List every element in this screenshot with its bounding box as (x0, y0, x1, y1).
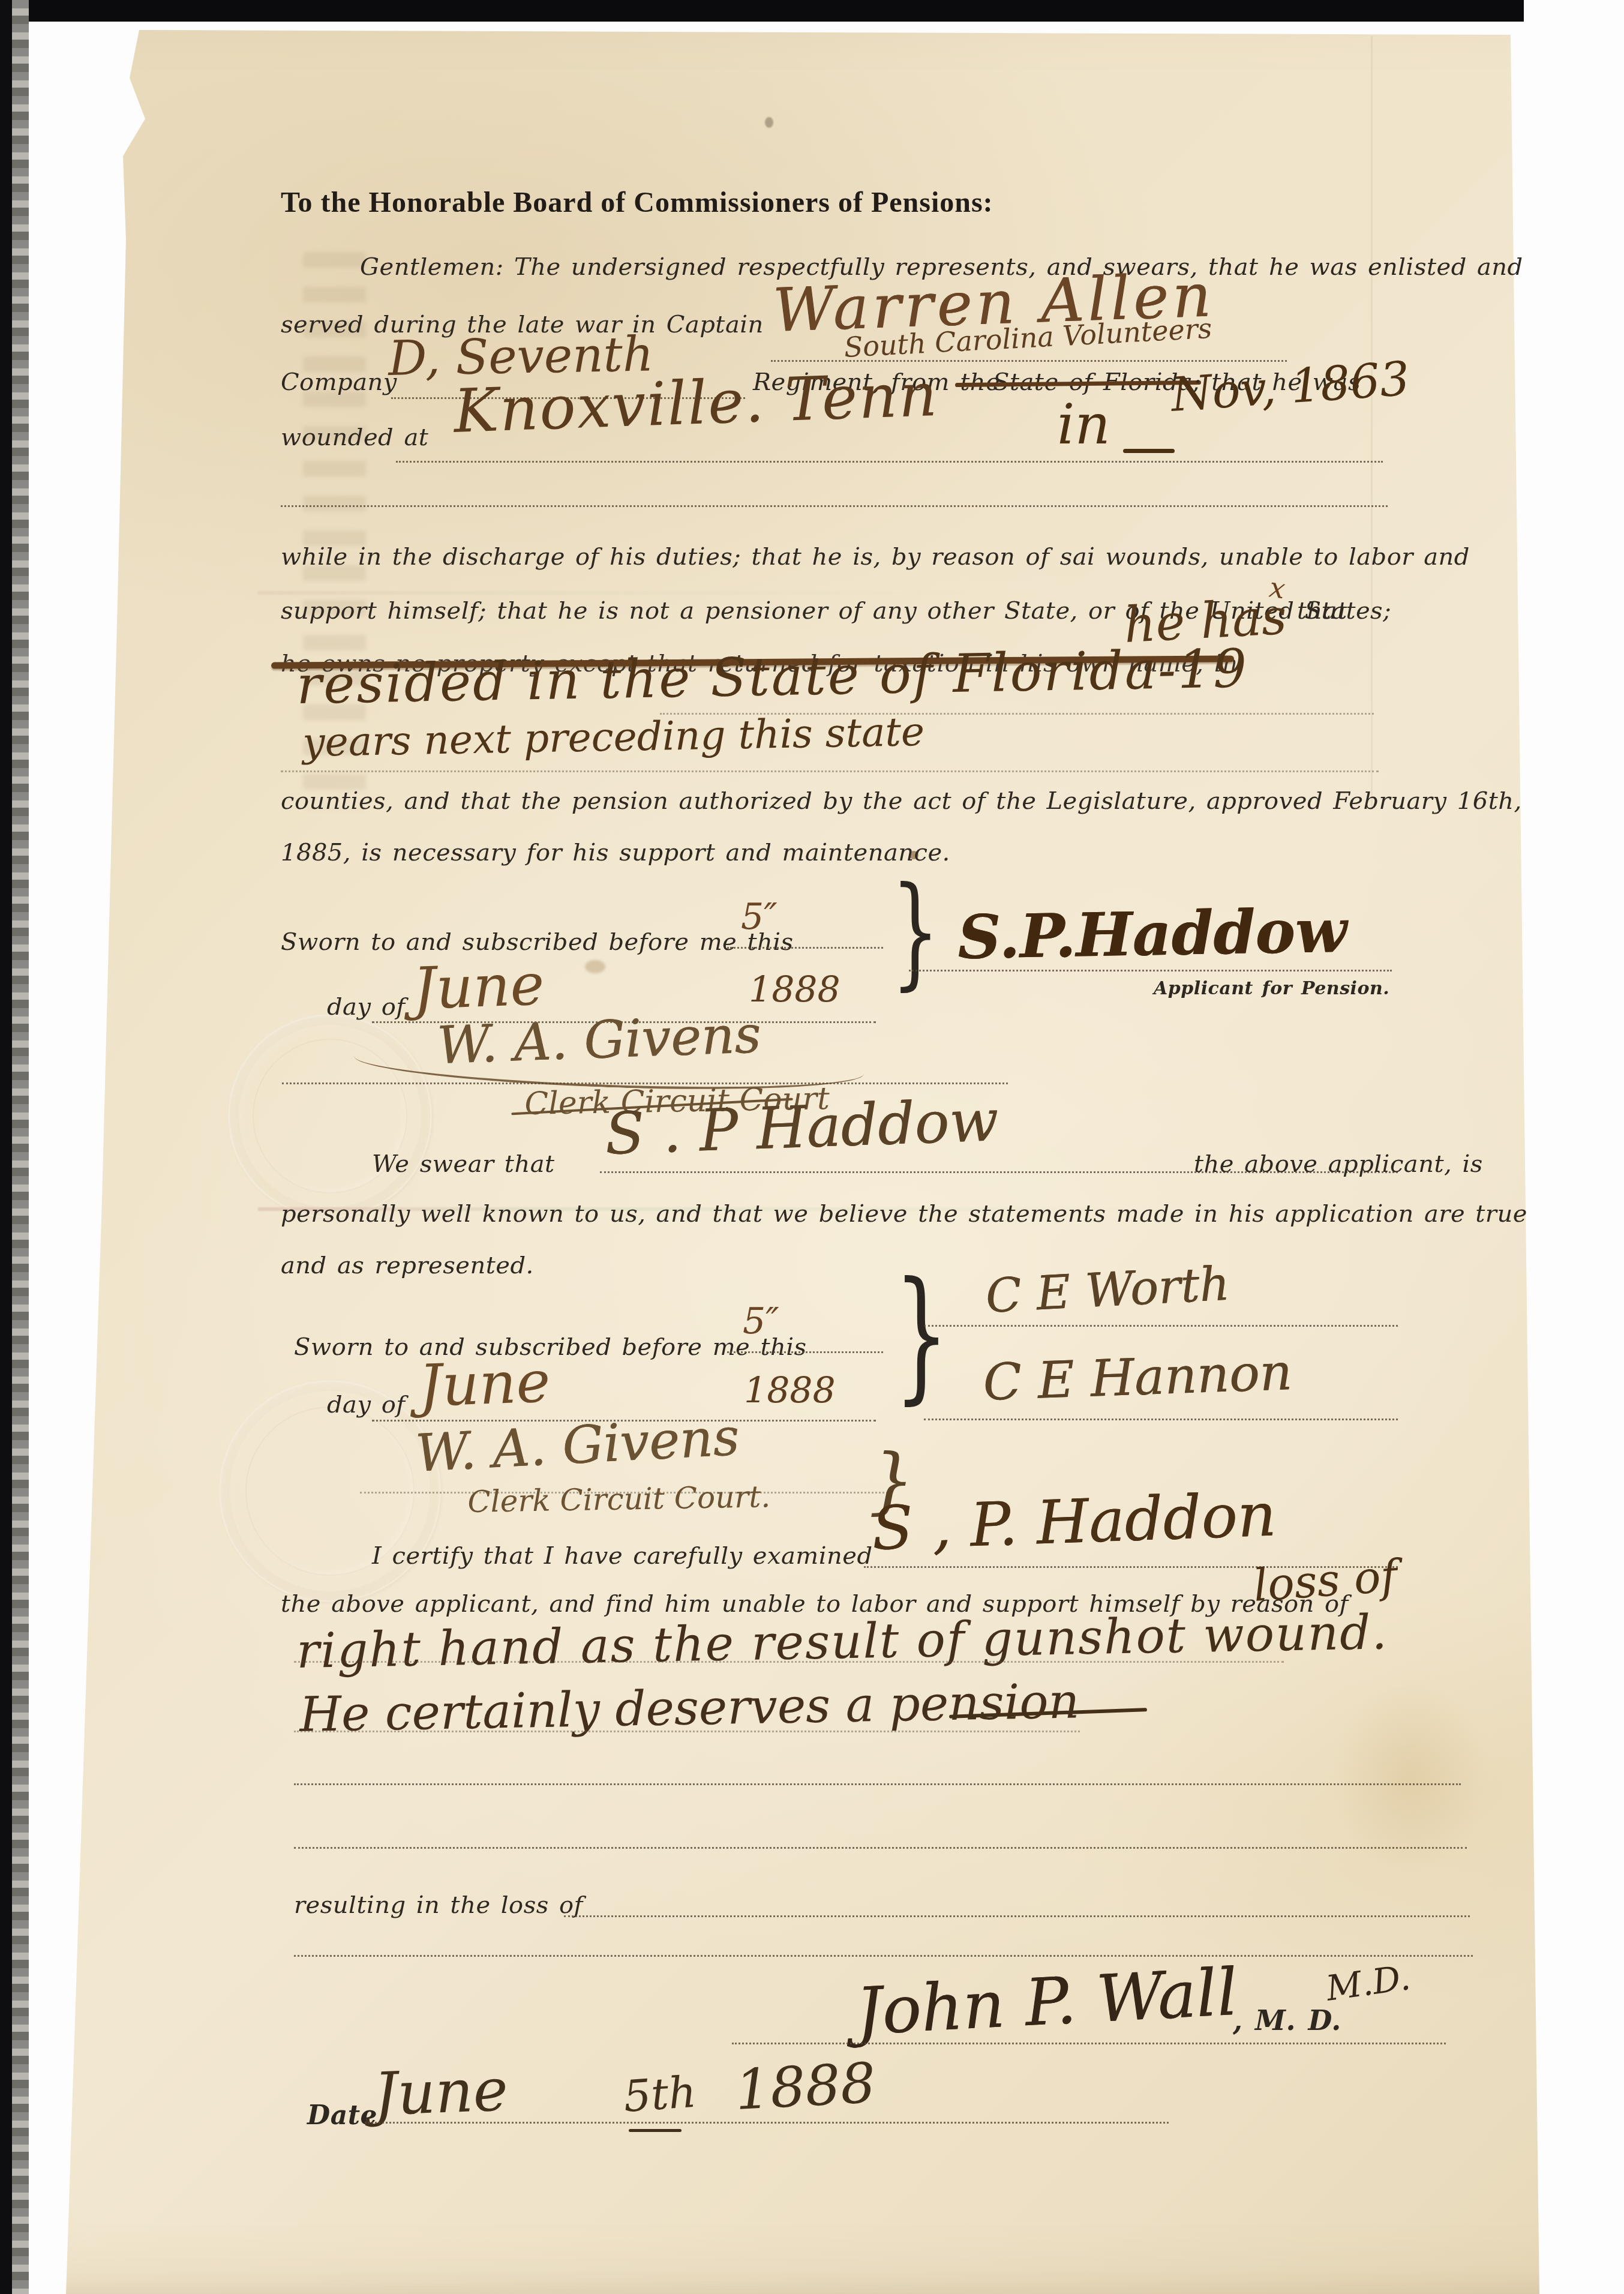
reason-handwriting-1: loss of (1252, 1554, 1398, 1608)
underscore-mark (1123, 449, 1175, 453)
witness2-signature: C E Hannon (982, 1347, 1293, 1408)
month-handwriting-2: June (418, 1353, 551, 1415)
dotted-line (281, 770, 1379, 772)
year-handwriting-1: 1888 (749, 972, 840, 1008)
wounded-place-handwriting: Knoxville. Tenn (453, 365, 939, 442)
reason-handwriting-3: He certainly deserves a pension (299, 1677, 1080, 1739)
applicant-caption: Applicant for Pension. (1154, 978, 1389, 999)
dotted-line (294, 1731, 1080, 1732)
dotted-line (564, 1915, 1470, 1917)
witness-applicant-name: S . P Haddow (604, 1091, 999, 1163)
counties-line: counties, and that the pension authorize… (281, 787, 1522, 815)
fold-crease (258, 591, 978, 595)
handwritten-md: M.D. (1324, 1960, 1412, 2006)
above-applicant-is: the above applicant, is (1194, 1150, 1483, 1178)
dotted-line (294, 1661, 1284, 1663)
represented-line: and as represented. (281, 1252, 534, 1279)
wounded-label: wounded at (281, 424, 428, 451)
dotted-line (732, 2043, 1446, 2044)
company-label: Company (281, 368, 397, 396)
resided-handwriting: resided in the State of Florida-19 (296, 642, 1248, 712)
crease-line (1371, 36, 1373, 810)
that-word: that (1297, 597, 1347, 625)
scanner-edge-texture (12, 0, 29, 2294)
month-handwriting-1: June (412, 955, 545, 1018)
wounded-in-handwriting: in (1057, 397, 1110, 452)
scanned-pension-document: To the Honorable Board of Commissioners … (0, 0, 1624, 2294)
dotted-line (396, 461, 1383, 463)
dotted-line (294, 1955, 1473, 1957)
stain (765, 117, 773, 128)
date-year-handwriting: 1888 (734, 2056, 877, 2118)
date-day-handwriting: 5th (622, 2070, 698, 2118)
dotted-line (294, 1847, 1467, 1849)
dotted-line (924, 1419, 1398, 1420)
stain (1332, 1680, 1488, 1872)
dotted-line (281, 505, 1388, 507)
dotted-line (294, 1783, 1461, 1785)
clerk-title-handwriting-2: Clerk Circuit Court. (467, 1482, 771, 1517)
printed-brace-1: } (891, 871, 939, 993)
year-handwriting-2: 1888 (744, 1373, 836, 1409)
scanner-edge-left (0, 0, 12, 2294)
dotted-line (909, 970, 1392, 971)
dotted-line (727, 1351, 883, 1353)
years-handwriting: years next preceding this state (302, 712, 925, 763)
day-of-label-2: day of (327, 1391, 406, 1419)
personally-line: personally well known to us, and that we… (281, 1200, 1527, 1228)
we-swear-label: We swear that (372, 1150, 555, 1178)
dotted-line (924, 1325, 1398, 1327)
clerk-signature-2: W. A. Givens (414, 1411, 740, 1480)
dotted-line (365, 2122, 1169, 2124)
duties-line: while in the discharge of his duties; th… (281, 543, 1470, 571)
act-line: 1885, is necessary for his support and m… (281, 839, 950, 866)
applicant-signature: S.P.Haddow (957, 901, 1347, 967)
sworn-line-2: Sworn to and subscribed before me this (294, 1333, 807, 1361)
physician-applicant-name: S , P. Haddon (871, 1485, 1277, 1559)
physician-signature: John P. Wall (854, 1960, 1239, 2045)
day-of-label-1: day of (327, 993, 406, 1021)
stain (585, 960, 605, 973)
witness1-signature: C E Worth (984, 1261, 1230, 1320)
form-title: To the Honorable Board of Commissioners … (281, 186, 993, 219)
certify-line: I certify that I have carefully examined (372, 1542, 873, 1570)
date-label: Date (307, 2100, 377, 2131)
day-underline (629, 2129, 682, 2132)
day-number-handwriting-2: 5″ (743, 1303, 779, 1339)
printed-md: , M. D. (1233, 2004, 1341, 2037)
resulting-label: resulting in the loss of (294, 1891, 583, 1919)
printed-brace-2: } (894, 1264, 949, 1407)
day-number-handwriting-1: 5″ (741, 899, 778, 935)
dotted-line (727, 947, 883, 949)
scanner-edge-top (0, 0, 1524, 22)
date-month-handwriting: June (373, 2061, 509, 2124)
